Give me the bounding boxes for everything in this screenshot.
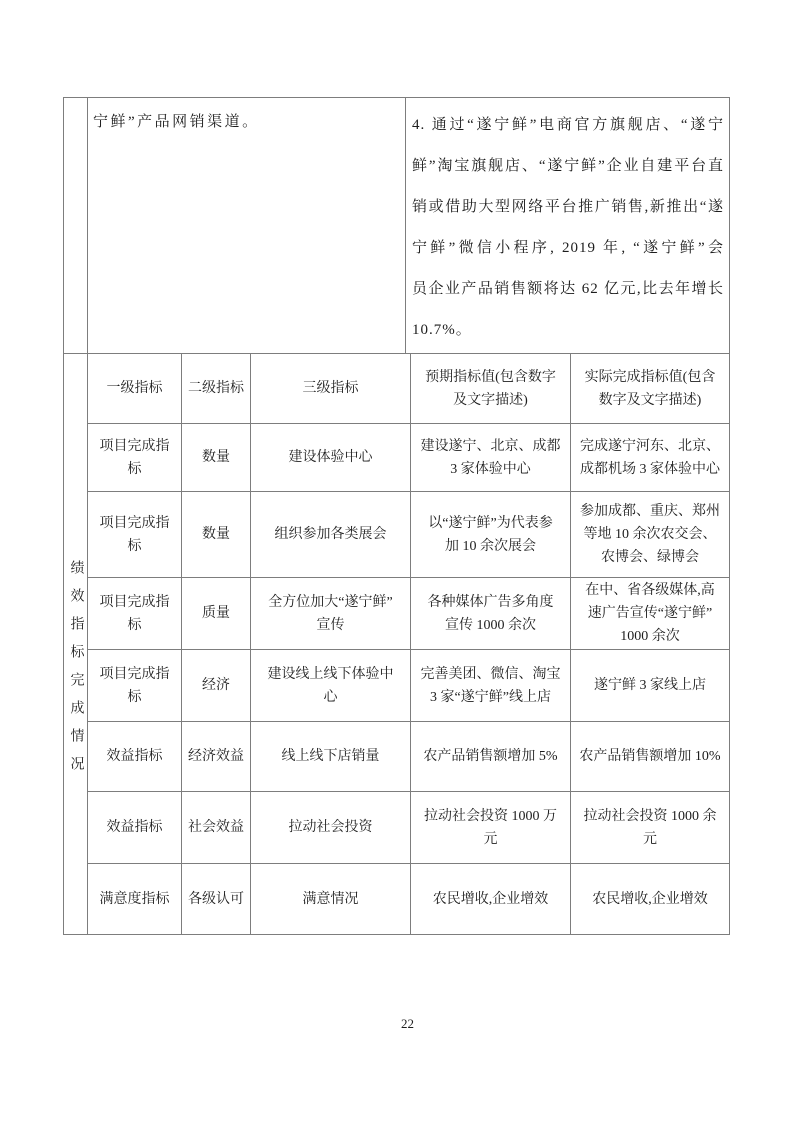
continuation-right-cell: 4. 通过“遂宁鲜”电商官方旗舰店、“遂宁 鲜”淘宝旗舰店、“遂宁鲜”企业自建平…	[406, 98, 730, 354]
table-cell: 数量	[182, 492, 251, 578]
table-cell: 社会效益	[182, 792, 251, 864]
table-cell: 完成遂宁河东、北京、 成都机场 3 家体验中心	[571, 424, 730, 492]
table-cell: 建设遂宁、北京、成都 3 家体验中心	[411, 424, 571, 492]
table-cell: 以“遂宁鲜”为代表参 加 10 余次展会	[411, 492, 571, 578]
continuation-rowlabel-cell	[64, 98, 88, 354]
table-cell: 农民增收,企业增效	[411, 864, 571, 935]
table-cell: 拉动社会投资 1000 万 元	[411, 792, 571, 864]
table-row-group-label-cell: 绩效指标完成情况	[64, 354, 88, 935]
table-cell: 参加成都、重庆、郑州 等地 10 余次农交会、 农博会、绿博会	[571, 492, 730, 578]
table-row-group-label: 绩效指标完成情况	[66, 560, 86, 784]
table-cell: 组织参加各类展会	[251, 492, 411, 578]
table-cell: 效益指标	[88, 792, 182, 864]
table-cell: 满意情况	[251, 864, 411, 935]
continuation-line: 销或借助大型网络平台推广销售,新推出“遂	[412, 187, 724, 228]
table-cell: 经济	[182, 650, 251, 722]
table-cell: 农产品销售额增加 5%	[411, 722, 571, 792]
table-cell: 拉动社会投资 1000 余 元	[571, 792, 730, 864]
continuation-table: 宁鲜”产品网销渠道。 4. 通过“遂宁鲜”电商官方旗舰店、“遂宁 鲜”淘宝旗舰店…	[63, 97, 730, 354]
indicator-table: 绩效指标完成情况 一级指标 二级指标 三级指标 预期指标值(包含数字 及文字描述…	[63, 354, 730, 935]
continuation-left-cell: 宁鲜”产品网销渠道。	[88, 98, 406, 354]
table-cell: 数量	[182, 424, 251, 492]
table-cell: 拉动社会投资	[251, 792, 411, 864]
header-cell-level1: 一级指标	[88, 354, 182, 424]
header-cell-expected: 预期指标值(包含数字 及文字描述)	[411, 354, 571, 424]
table-cell: 各级认可	[182, 864, 251, 935]
table-cell: 质量	[182, 578, 251, 650]
table-cell: 遂宁鲜 3 家线上店	[571, 650, 730, 722]
page-number: 22	[0, 1016, 793, 1032]
table-cell: 建设体验中心	[251, 424, 411, 492]
table-cell: 线上线下店销量	[251, 722, 411, 792]
table-cell: 全方位加大“遂宁鲜” 宣传	[251, 578, 411, 650]
table-cell: 项目完成指 标	[88, 650, 182, 722]
table-cell: 农民增收,企业增效	[571, 864, 730, 935]
continuation-line: 员企业产品销售额将达 62 亿元,比去年增长	[412, 269, 724, 310]
header-cell-actual: 实际完成指标值(包含 数字及文字描述)	[571, 354, 730, 424]
table-cell: 项目完成指 标	[88, 424, 182, 492]
table-cell: 各种媒体广告多角度 宣传 1000 余次	[411, 578, 571, 650]
header-cell-level2: 二级指标	[182, 354, 251, 424]
table-cell: 在中、省各级媒体,高 速广告宣传“遂宁鲜” 1000 余次	[571, 578, 730, 650]
continuation-line: 4. 通过“遂宁鲜”电商官方旗舰店、“遂宁	[412, 105, 724, 146]
continuation-line: 宁鲜”微信小程序, 2019 年, “遂宁鲜”会	[412, 228, 724, 269]
table-cell: 项目完成指 标	[88, 578, 182, 650]
continuation-line: 鲜”淘宝旗舰店、“遂宁鲜”企业自建平台直	[412, 146, 724, 187]
document-page: 宁鲜”产品网销渠道。 4. 通过“遂宁鲜”电商官方旗舰店、“遂宁 鲜”淘宝旗舰店…	[0, 0, 793, 1122]
table-cell: 完善美团、微信、淘宝 3 家“遂宁鲜”线上店	[411, 650, 571, 722]
continuation-left-text: 宁鲜”产品网销渠道。	[93, 114, 260, 130]
table-cell: 项目完成指 标	[88, 492, 182, 578]
table-cell: 经济效益	[182, 722, 251, 792]
table-cell: 满意度指标	[88, 864, 182, 935]
table-cell: 建设线上线下体验中 心	[251, 650, 411, 722]
table-cell: 效益指标	[88, 722, 182, 792]
header-cell-level3: 三级指标	[251, 354, 411, 424]
continuation-line: 10.7%。	[412, 310, 724, 351]
table-cell: 农产品销售额增加 10%	[571, 722, 730, 792]
